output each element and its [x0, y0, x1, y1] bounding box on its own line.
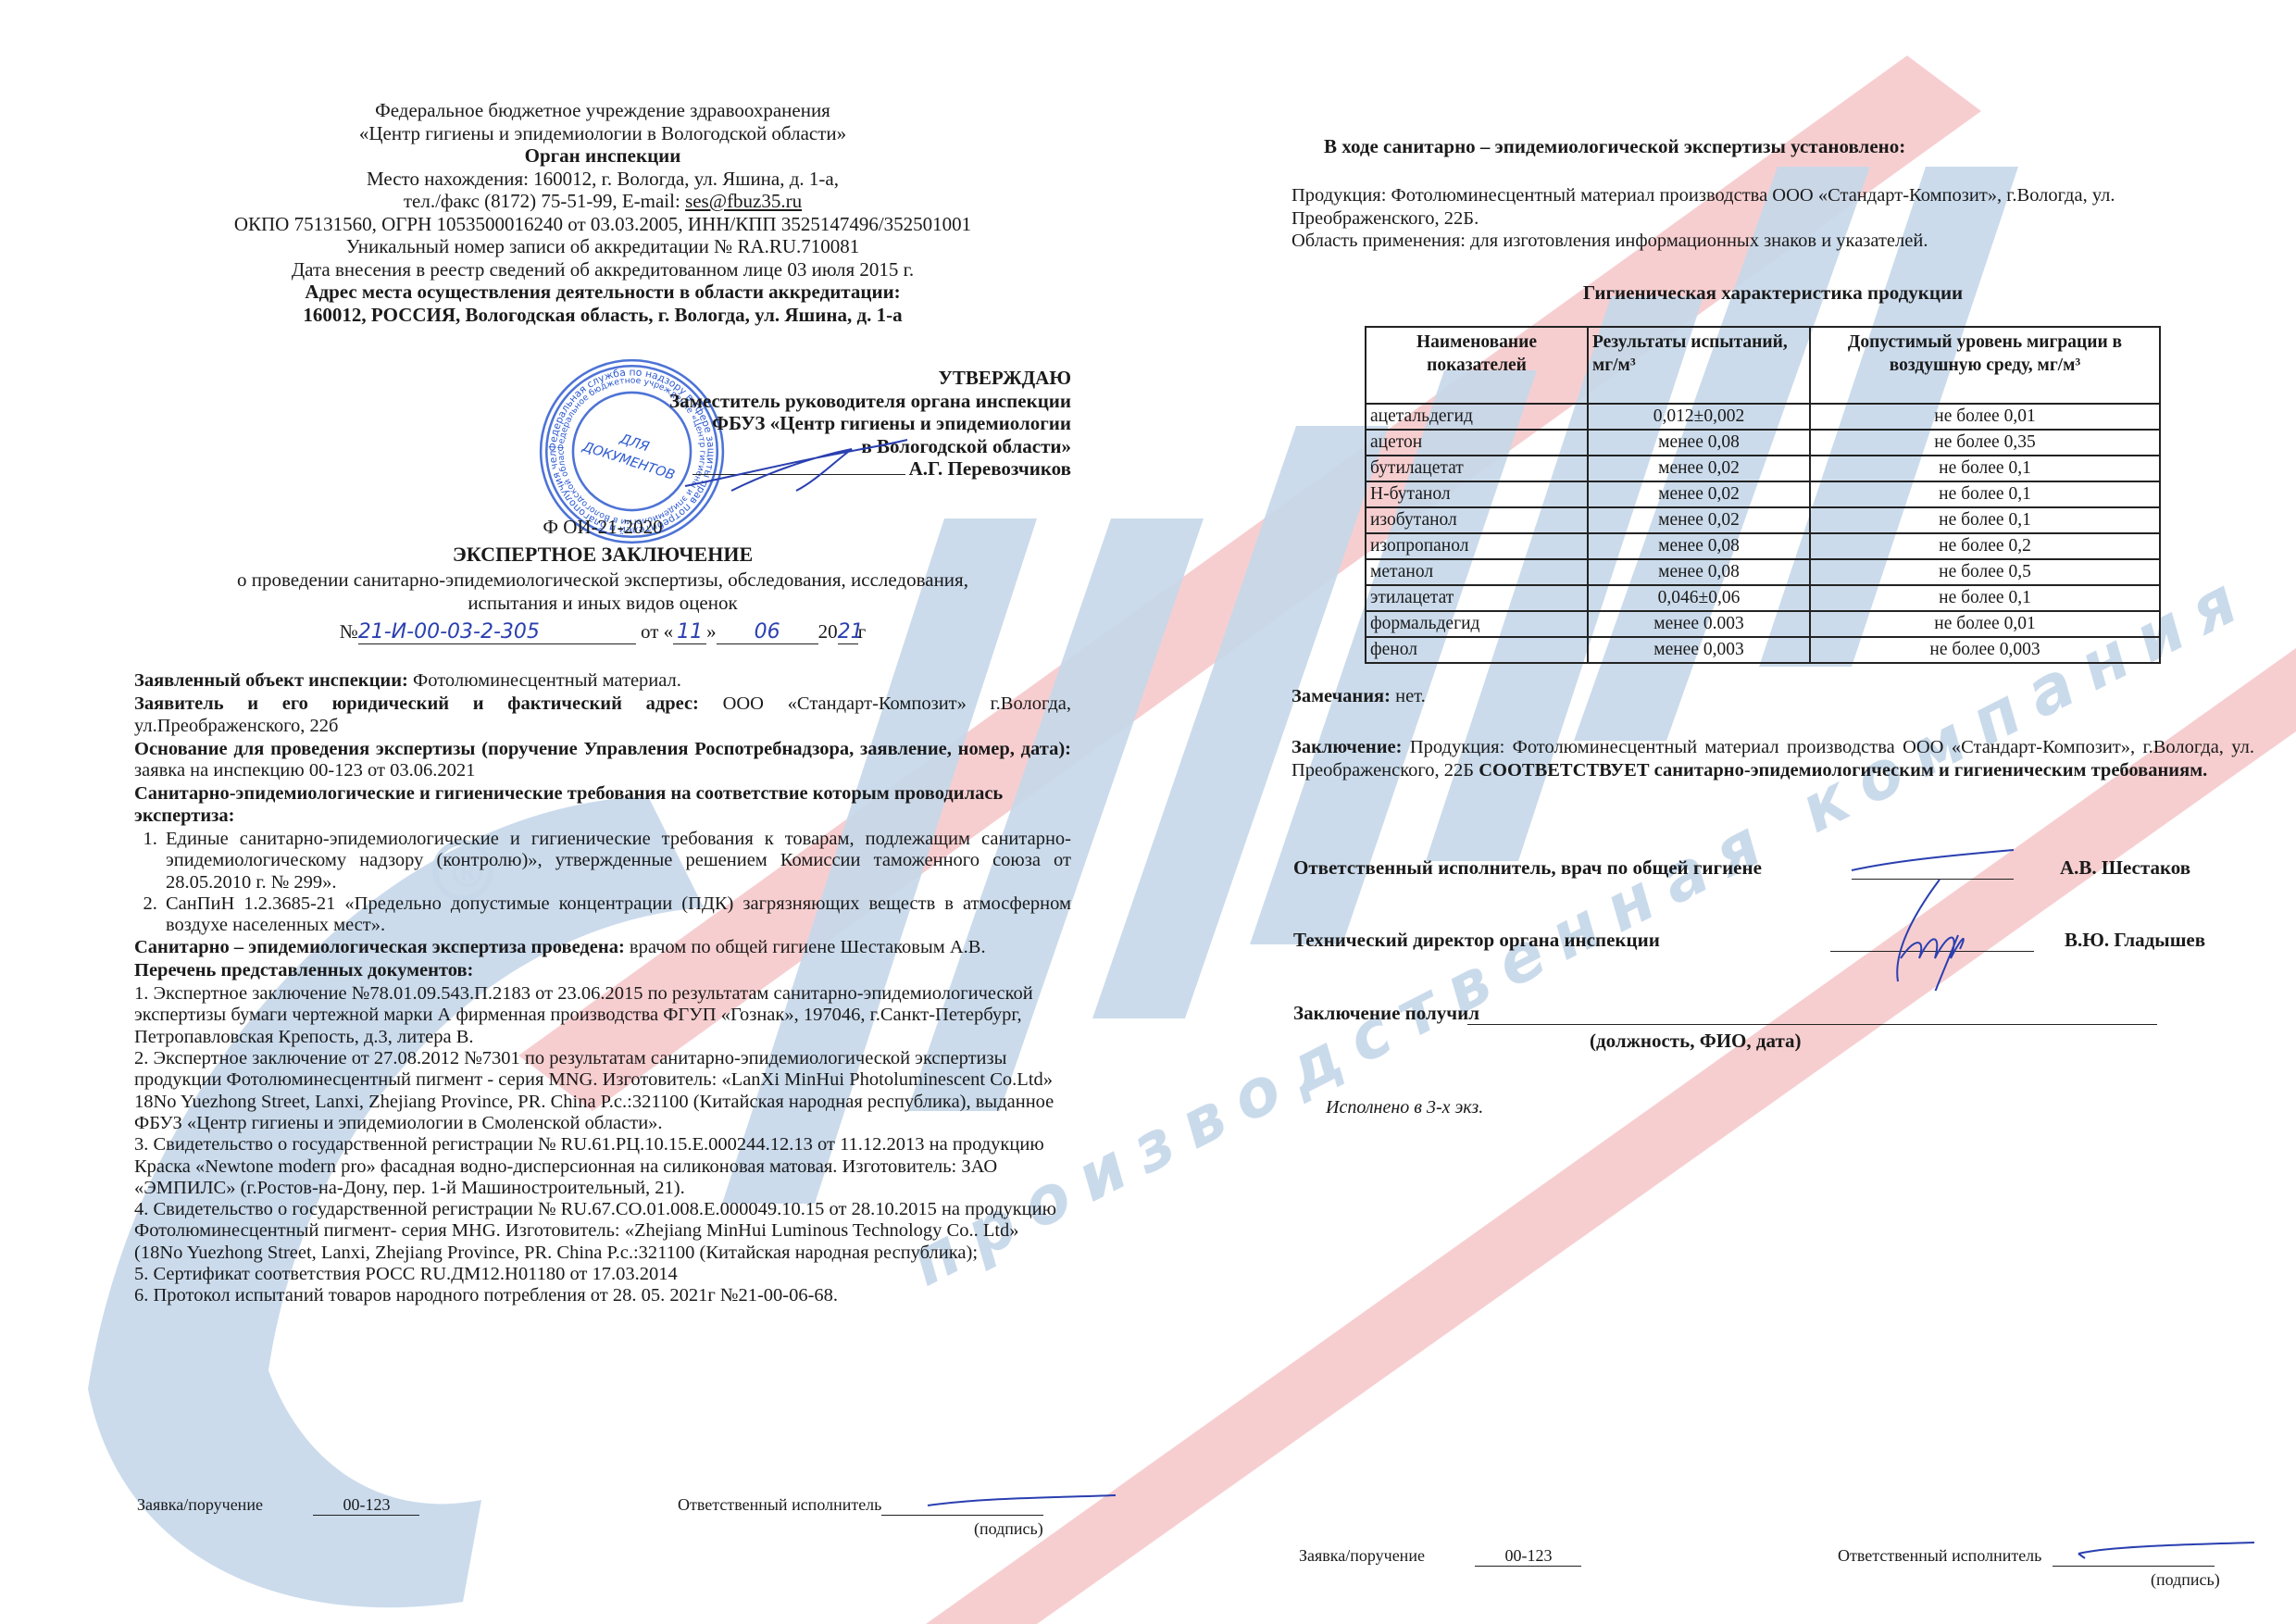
performed-by: Санитарно – эпидемиологическая экспертиз…: [134, 937, 1071, 958]
signature-caption: (подпись): [974, 1519, 1043, 1539]
indicator-cell: фенол: [1366, 637, 1588, 663]
signature-caption: (подпись): [2151, 1570, 2220, 1590]
table-row: фенолменее 0,003не более 0,003: [1366, 637, 2160, 663]
performed-value: врачом по общей гигиене Шестаковым А.В.: [625, 937, 986, 957]
org-line-1: Федеральное бюджетное учреждение здравоо…: [134, 99, 1071, 122]
indicator-cell: изопропанол: [1366, 533, 1588, 559]
limit-cell: не более 0,35: [1810, 430, 2160, 456]
basis-value: заявка на инспекцию 00-123 от 03.06.2021: [134, 760, 475, 781]
received-line: [1467, 1024, 2157, 1025]
request-footer: Заявка/поручение 00-123: [137, 1495, 419, 1516]
result-cell: менее 0,02: [1588, 456, 1810, 481]
requirement-item: Единые санитарно-эпидемиологические и ги…: [162, 829, 1071, 893]
performed-label: Санитарно – эпидемиологическая экспертиз…: [134, 937, 625, 957]
table-row: изобутанолменее 0,02не более 0,1: [1366, 507, 2160, 533]
org-line-2: «Центр гигиены и эпидемиологии в Вологод…: [134, 122, 1071, 145]
documents-label: Перечень представленных документов:: [134, 960, 1071, 981]
request-number: 00-123: [313, 1495, 419, 1516]
received-caption: (должность, ФИО, дата): [1590, 1030, 1802, 1053]
responsible-label: Ответственный исполнитель: [1838, 1546, 2041, 1565]
conclusion-verdict: СООТВЕТСТВУЕТ санитарно-эпидемиологическ…: [1479, 760, 2207, 781]
document-item: 5. Сертификат соответствия РОСС RU.ДМ12.…: [134, 1264, 1071, 1285]
indicator-cell: этилацетат: [1366, 585, 1588, 611]
product-text: Продукция: Фотолюминесцентный материал п…: [1291, 184, 2208, 230]
table-row: изопропанолменее 0,08не более 0,2: [1366, 533, 2160, 559]
request-number: 00-123: [1475, 1546, 1581, 1567]
indicator-cell: ацетальдегид: [1366, 404, 1588, 430]
remarks: Замечания: нет.: [1291, 686, 1426, 707]
limit-cell: не более 0,5: [1810, 559, 2160, 585]
signer-name: А.В. Шестаков: [2060, 856, 2190, 880]
handwritten-signatures-icon: [1847, 843, 2032, 991]
requirements-list: Единые санитарно-эпидемиологические и ги…: [134, 829, 1071, 936]
table-row: ацетальдегид0,012±0,002не более 0,01: [1366, 404, 2160, 430]
table-row: формальдегидменее 0.003не более 0,01: [1366, 611, 2160, 637]
received-row: Заключение получил (должность, ФИО, дата…: [1293, 1002, 2256, 1025]
findings-heading: В ходе санитарно – эпидемиологической эк…: [1324, 135, 1905, 158]
activity-address: 160012, РОССИЯ, Вологодская область, г. …: [134, 304, 1071, 327]
received-label: Заключение получил: [1293, 1002, 1479, 1024]
request-label: Заявка/поручение: [1299, 1546, 1425, 1565]
email-link[interactable]: ses@fbuz35.ru: [685, 190, 802, 212]
table-row: бутилацетатменее 0,02не более 0,1: [1366, 456, 2160, 481]
signer-role: Ответственный исполнитель, врач по общей…: [1293, 856, 1762, 879]
request-label: Заявка/поручение: [137, 1495, 263, 1514]
phone-text: тел./факс (8172) 75-51-99, E-mail:: [404, 190, 685, 212]
limit-cell: не более 0,1: [1810, 507, 2160, 533]
result-cell: менее 0,02: [1588, 481, 1810, 507]
accreditation-number: Уникальный номер записи об аккредитации …: [134, 235, 1071, 258]
organization-header: Федеральное бюджетное учреждение здравоо…: [134, 99, 1071, 326]
result-cell: менее 0.003: [1588, 611, 1810, 637]
indicator-cell: формальдегид: [1366, 611, 1588, 637]
limit-cell: не более 0,2: [1810, 533, 2160, 559]
limit-cell: не более 0,01: [1810, 611, 2160, 637]
object-value: Фотолюминесцентный материал.: [408, 670, 681, 691]
col-header-results: Результаты испытаний, мг/м³: [1588, 327, 1810, 404]
limit-cell: не более 0,1: [1810, 585, 2160, 611]
result-cell: менее 0,08: [1588, 430, 1810, 456]
date-month: 06: [717, 620, 818, 644]
hygiene-table: Наименование показателей Результаты испы…: [1365, 326, 2161, 664]
approver-position-1: Заместитель руководителя органа инспекци…: [669, 390, 1071, 413]
result-cell: менее 0,08: [1588, 559, 1810, 585]
approver-signature-icon: [676, 435, 917, 500]
document-item: 4. Свидетельство о государственной регис…: [134, 1199, 1071, 1264]
registry-date: Дата внесения в реестр сведений об аккре…: [134, 258, 1071, 281]
result-cell: 0,046±0,06: [1588, 585, 1810, 611]
limit-cell: не более 0,1: [1810, 481, 2160, 507]
activity-address-label: Адрес места осуществления деятельности в…: [134, 281, 1071, 304]
basis-label: Основание для проведения экспертизы (пор…: [134, 739, 1071, 759]
year-prefix: 20: [818, 620, 838, 643]
result-cell: менее 0,08: [1588, 533, 1810, 559]
document-item: 2. Экспертное заключение от 27.08.2012 №…: [134, 1048, 1071, 1134]
copies-note: Исполнено в 3-х экз.: [1326, 1097, 1483, 1118]
limit-cell: не более 0,003: [1810, 637, 2160, 663]
indicator-cell: Н-бутанол: [1366, 481, 1588, 507]
org-location: Место нахождения: 160012, г. Вологда, ул…: [134, 168, 1071, 191]
table-title: Гигиеническая характеристика продукции: [1291, 281, 2254, 305]
table-row: ацетонменее 0,08не более 0,35: [1366, 430, 2160, 456]
remarks-label: Замечания:: [1291, 686, 1391, 706]
signature-row-hygienist: Ответственный исполнитель, врач по общей…: [1293, 856, 2256, 880]
requirements-label: Санитарно-эпидемиологические и гигиениче…: [134, 783, 1071, 827]
basis: Основание для проведения экспертизы (пор…: [134, 739, 1071, 782]
signer-name: В.Ю. Гладышев: [2065, 929, 2205, 952]
conclusion: Заключение: Продукция: Фотолюминесцентны…: [1291, 736, 2254, 781]
year-unit: г: [858, 620, 867, 643]
responsible-label: Ответственный исполнитель: [678, 1495, 881, 1514]
conclusion-label: Заключение:: [1291, 737, 1402, 757]
table-row: этилацетат0,046±0,06не более 0,1: [1366, 585, 2160, 611]
document-item: 1. Экспертное заключение №78.01.09.543.П…: [134, 983, 1071, 1048]
table-row: метанолменее 0,08не более 0,5: [1366, 559, 2160, 585]
document-number: №21-И-00-03-2-305 от «11»062021г: [134, 620, 1071, 644]
org-contacts: тел./факс (8172) 75-51-99, E-mail: ses@f…: [134, 190, 1071, 213]
responsible-signature-icon: [926, 1493, 1120, 1511]
product-description: Продукция: Фотолюминесцентный материал п…: [1291, 184, 2254, 253]
form-code: Ф ОИ-21-2020: [134, 516, 1071, 539]
number-sign: №: [340, 620, 358, 643]
document-title: ЭКСПЕРТНОЕ ЗАКЛЮЧЕНИЕ: [134, 543, 1071, 567]
date-from-label: от «: [641, 620, 673, 643]
table-header-row: Наименование показателей Результаты испы…: [1366, 327, 2160, 404]
scope-text: Область применения: для изготовления инф…: [1291, 230, 2254, 253]
col-header-limit: Допустимый уровень миграции в воздушную …: [1810, 327, 2160, 404]
remarks-value: нет.: [1391, 686, 1426, 706]
date-day: 11: [673, 620, 706, 644]
subtitle-line-1: о проведении санитарно-эпидемиологическо…: [134, 568, 1071, 592]
request-footer: Заявка/поручение 00-123: [1299, 1546, 1581, 1567]
applicant-label: Заявитель и его юридический и фактически…: [134, 693, 699, 714]
document-subtitle: о проведении санитарно-эпидемиологическо…: [134, 568, 1071, 614]
indicator-cell: изобутанол: [1366, 507, 1588, 533]
org-body: Орган инспекции: [134, 144, 1071, 168]
quote-close: »: [706, 620, 717, 643]
approve-label: УТВЕРЖДАЮ: [669, 367, 1071, 390]
requirement-item: СанПиН 1.2.3685-21 «Предельно допустимые…: [162, 893, 1071, 937]
result-cell: менее 0,02: [1588, 507, 1810, 533]
indicator-cell: ацетон: [1366, 430, 1588, 456]
subtitle-line-2: испытания и иных видов оценок: [134, 592, 1071, 615]
org-codes: ОКПО 75131560, ОГРН 1053500016240 от 03.…: [134, 213, 1071, 236]
signer-role: Технический директор органа инспекции: [1293, 929, 1660, 951]
indicator-cell: бутилацетат: [1366, 456, 1588, 481]
approver-name: А.Г. Перевозчиков: [909, 457, 1071, 480]
limit-cell: не более 0,1: [1810, 456, 2160, 481]
table-row: Н-бутанолменее 0,02не более 0,1: [1366, 481, 2160, 507]
indicator-cell: метанол: [1366, 559, 1588, 585]
documents-list: 1. Экспертное заключение №78.01.09.543.П…: [134, 983, 1071, 1306]
document-item: 3. Свидетельство о государственной регис…: [134, 1134, 1071, 1199]
date-year: 21: [838, 620, 858, 644]
document-body: Заявленный объект инспекции: Фотолюминес…: [134, 670, 1071, 1307]
responsible-signature-icon: [2074, 1539, 2259, 1561]
applicant: Заявитель и его юридический и фактически…: [134, 693, 1071, 737]
result-cell: 0,012±0,002: [1588, 404, 1810, 430]
object-label: Заявленный объект инспекции:: [134, 670, 408, 691]
signature-row-director: Технический директор органа инспекции В.…: [1293, 929, 2256, 952]
col-header-indicator: Наименование показателей: [1366, 327, 1588, 404]
document-number-value: 21-И-00-03-2-305: [358, 620, 636, 644]
inspection-object: Заявленный объект инспекции: Фотолюминес…: [134, 670, 1071, 692]
limit-cell: не более 0,01: [1810, 404, 2160, 430]
document-item: 6. Протокол испытаний товаров народного …: [134, 1285, 1071, 1306]
approver-position-2: ФБУЗ «Центр гигиены и эпидемиологии: [669, 412, 1071, 435]
result-cell: менее 0,003: [1588, 637, 1810, 663]
